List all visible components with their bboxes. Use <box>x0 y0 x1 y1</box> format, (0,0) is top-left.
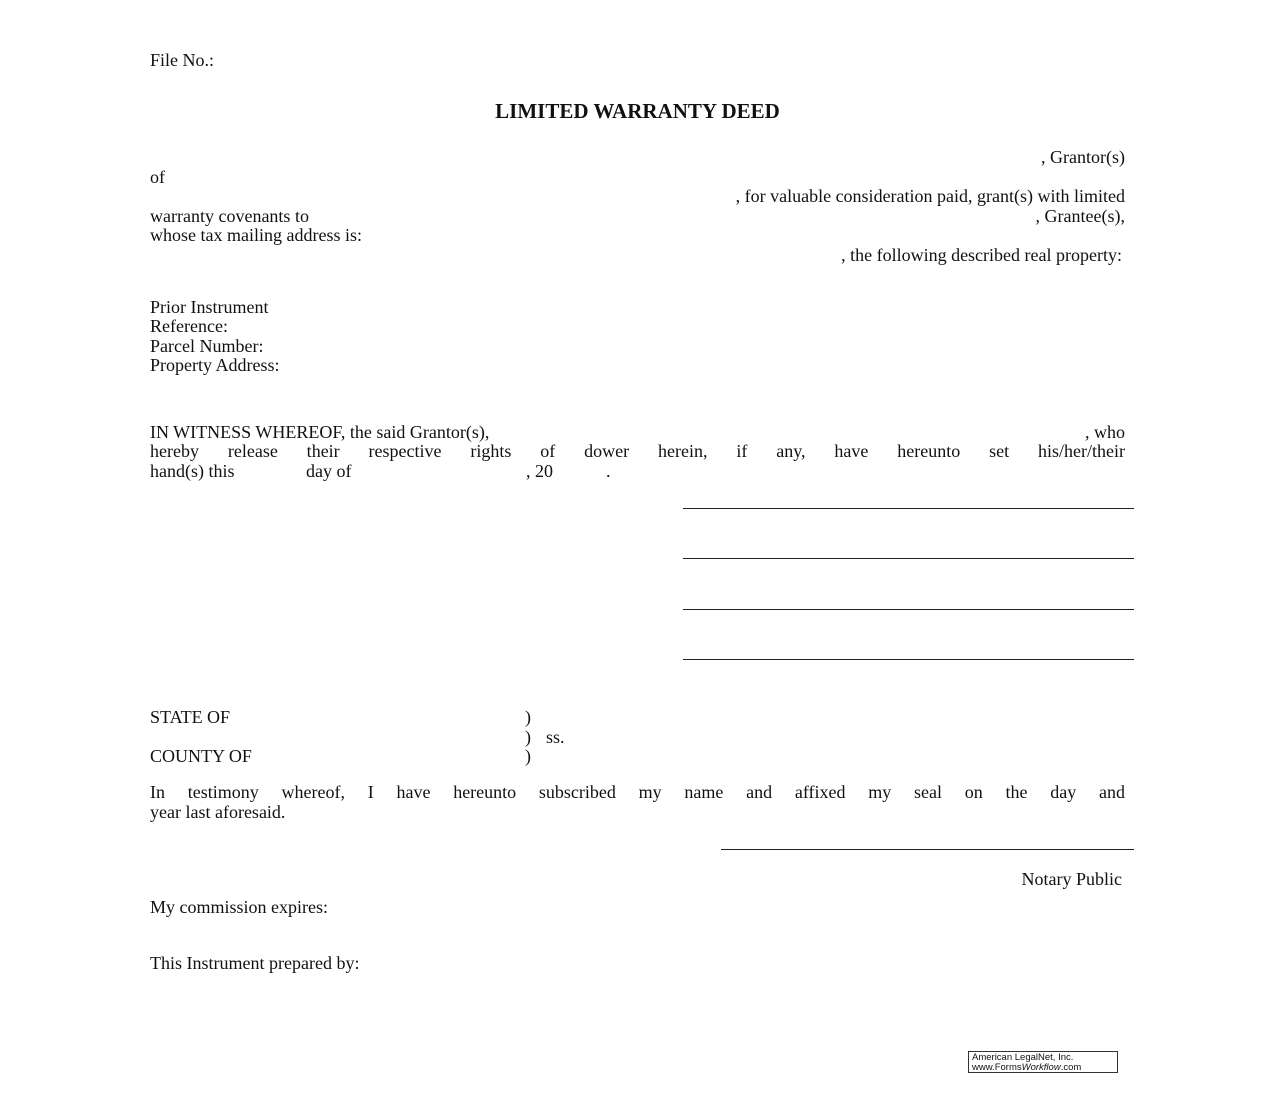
notary-public-label: Notary Public <box>1022 869 1123 889</box>
badge-url-italic: Workflow <box>1022 1062 1061 1073</box>
badge-url-prefix: www.Forms <box>972 1062 1022 1073</box>
witness-year-label: , 20 <box>526 461 553 481</box>
prepared-by-label: This Instrument prepared by: <box>150 953 359 973</box>
witness-who: , who <box>1085 422 1125 442</box>
warranty-covenants-label: warranty covenants to <box>150 206 309 226</box>
ss-label: ss. <box>546 727 565 747</box>
witness-day-of-label: day of <box>306 461 351 481</box>
witness-hand-label: hand(s) this <box>150 461 235 481</box>
grantor-signature-line-3[interactable] <box>683 609 1134 610</box>
badge-url: www.FormsWorkflow.com <box>972 1063 1117 1073</box>
venue-paren-2: ) <box>525 727 531 747</box>
badge-url-suffix: .com <box>1061 1062 1082 1073</box>
consideration-text: , for valuable consideration paid, grant… <box>736 186 1125 206</box>
grantor-signature-line-4[interactable] <box>683 659 1134 660</box>
tax-mailing-address-label: whose tax mailing address is: <box>150 225 362 245</box>
document-title: LIMITED WARRANTY DEED <box>0 101 1275 121</box>
notary-signature-line[interactable] <box>721 849 1134 850</box>
prior-instrument-label: Prior Instrument <box>150 297 269 317</box>
testimony-text: In testimony whereof, I have hereunto su… <box>150 782 1125 802</box>
testimony-text-end: year last aforesaid. <box>150 802 285 822</box>
witness-intro: IN WITNESS WHEREOF, the said Grantor(s), <box>150 422 489 442</box>
grantor-signature-line-1[interactable] <box>683 508 1134 509</box>
state-of-label: STATE OF <box>150 707 230 727</box>
witness-dower-text: hereby release their respective rights o… <box>150 441 1125 461</box>
parcel-number-label: Parcel Number: <box>150 336 263 356</box>
county-of-label: COUNTY OF <box>150 746 252 766</box>
venue-paren-1: ) <box>525 707 531 727</box>
witness-period: . <box>606 461 611 481</box>
grantor-label: , Grantor(s) <box>1041 147 1125 167</box>
of-label: of <box>150 167 165 187</box>
grantee-label: , Grantee(s), <box>1036 206 1125 226</box>
real-property-label: , the following described real property: <box>841 245 1122 265</box>
grantor-signature-line-2[interactable] <box>683 558 1134 559</box>
commission-expires-label: My commission expires: <box>150 897 328 917</box>
venue-paren-3: ) <box>525 746 531 766</box>
property-address-label: Property Address: <box>150 355 280 375</box>
reference-label: Reference: <box>150 316 228 336</box>
file-number-label: File No.: <box>150 50 214 70</box>
american-legalnet-badge: American LegalNet, Inc. www.FormsWorkflo… <box>968 1051 1118 1073</box>
